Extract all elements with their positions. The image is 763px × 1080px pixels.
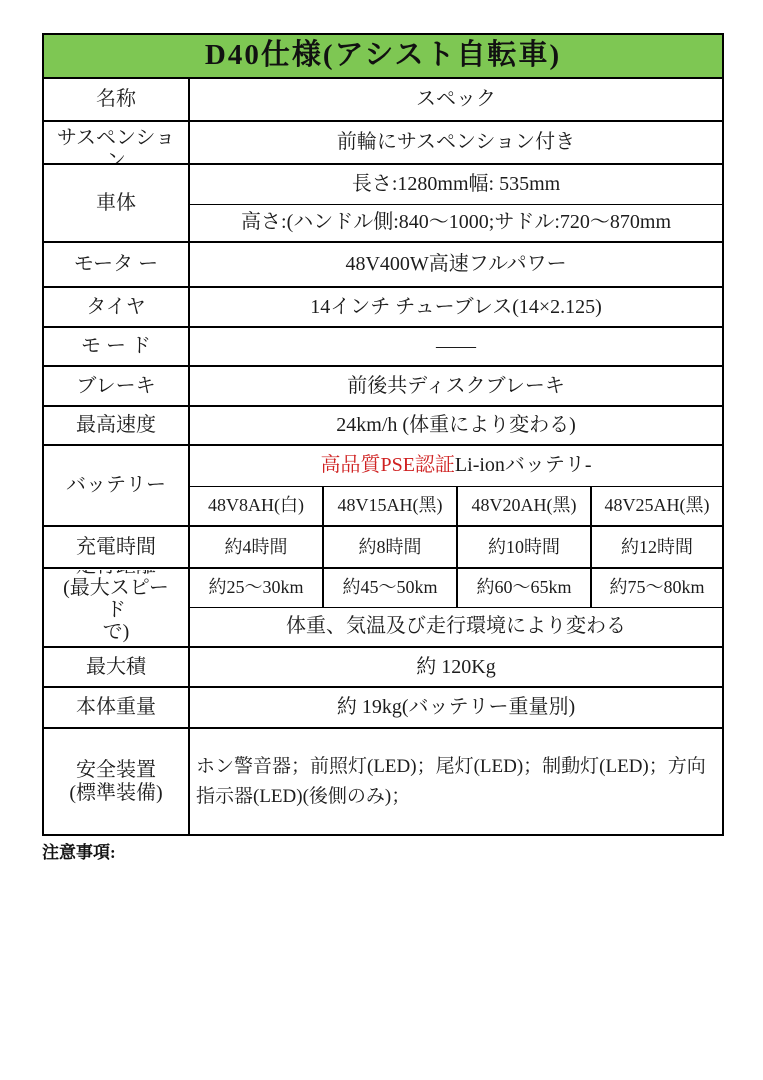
row-max-load: 最大積 約 120Kg [43, 647, 723, 687]
row-mode-value: —— [189, 327, 723, 366]
row-range-values: 走行距離 (最大スピー ド で) 約25～30km 約45～50km 約60～6… [43, 568, 723, 607]
row-brake: ブレーキ 前後共ディスクブレーキ [43, 366, 723, 406]
range-note: 体重、気温及び走行環境により変わる [189, 607, 723, 647]
row-charge-time-label: 充電時間 [43, 526, 189, 568]
battery-option-1: 48V8AH(白) [189, 486, 323, 526]
row-motor-label: モータ ー [43, 242, 189, 287]
row-safety-label: 安全装置 (標準装備) [43, 728, 189, 835]
row-mode: モ ー ド —— [43, 327, 723, 366]
row-max-speed-label: 最高速度 [43, 406, 189, 445]
row-suspension-label: サスペンショ ン [43, 121, 189, 164]
header-spec: スペック [189, 78, 723, 121]
header-name: 名称 [43, 78, 189, 121]
battery-option-2: 48V15AH(黑) [323, 486, 457, 526]
row-suspension: サスペンショ ン 前輪にサスペンション付き [43, 121, 723, 164]
page-title: D40仕様(アシスト自転車) [43, 34, 723, 78]
row-max-speed: 最高速度 24km/h (体重により変わる) [43, 406, 723, 445]
range-value-3: 約60～65km [457, 568, 591, 607]
row-body-label: 車体 [43, 164, 189, 242]
row-battery-cert: バッテリー 高品質PSE認証Li-ionバッテリ- [43, 445, 723, 486]
range-value-1: 約25～30km [189, 568, 323, 607]
row-battery-cert-value: 高品質PSE認証Li-ionバッテリ- [189, 445, 723, 486]
row-tire: タイヤ 14インチ チューブレス(14×2.125) [43, 287, 723, 327]
range-value-4: 約75～80km [591, 568, 723, 607]
row-range-label: 走行距離 (最大スピー ド で) [43, 568, 189, 647]
row-brake-value: 前後共ディスクブレーキ [189, 366, 723, 406]
row-max-speed-value: 24km/h (体重により変わる) [189, 406, 723, 445]
header-row: 名称 スペック [43, 78, 723, 121]
spec-table: D40仕様(アシスト自転車) 名称 スペック サスペンショ ン 前輪にサスペンシ… [42, 33, 724, 836]
battery-option-4: 48V25AH(黑) [591, 486, 723, 526]
row-motor-value: 48V400W高速フルパワー [189, 242, 723, 287]
title-row: D40仕様(アシスト自転車) [43, 34, 723, 78]
battery-cert-red-text: 高品質PSE認証 [320, 454, 454, 476]
row-charge-time: 充電時間 約4時間 約8時間 約10時間 約12時間 [43, 526, 723, 568]
row-tire-label: タイヤ [43, 287, 189, 327]
range-value-2: 約45～50km [323, 568, 457, 607]
charge-time-4: 約12時間 [591, 526, 723, 568]
row-body-length-value: 長さ:1280mm幅: 535mm [189, 164, 723, 204]
charge-time-3: 約10時間 [457, 526, 591, 568]
row-brake-label: ブレーキ [43, 366, 189, 406]
row-suspension-value: 前輪にサスペンション付き [189, 121, 723, 164]
row-body-height-value: 高さ:(ハンドル側:840～1000;サドル:720～870mm [189, 204, 723, 242]
row-body-length: 車体 長さ:1280mm幅: 535mm [43, 164, 723, 204]
row-motor: モータ ー 48V400W高速フルパワー [43, 242, 723, 287]
spec-sheet-page: D40仕様(アシスト自転車) 名称 スペック サスペンショ ン 前輪にサスペンシ… [0, 0, 763, 1080]
row-max-load-value: 約 120Kg [189, 647, 723, 687]
charge-time-2: 約8時間 [323, 526, 457, 568]
row-battery-label: バッテリー [43, 445, 189, 526]
row-weight-value: 約 19kg(バッテリー重量別) [189, 687, 723, 728]
row-weight: 本体重量 約 19kg(バッテリー重量別) [43, 687, 723, 728]
row-tire-value: 14インチ チューブレス(14×2.125) [189, 287, 723, 327]
row-weight-label: 本体重量 [43, 687, 189, 728]
row-safety: 安全装置 (標準装備) ホン警音器；前照灯(LED)；尾灯(LED)；制動灯(L… [43, 728, 723, 835]
battery-cert-rest-text: Li-ionバッテリ- [455, 454, 592, 476]
battery-option-3: 48V20AH(黑) [457, 486, 591, 526]
charge-time-1: 約4時間 [189, 526, 323, 568]
row-max-load-label: 最大積 [43, 647, 189, 687]
row-safety-value: ホン警音器；前照灯(LED)；尾灯(LED)；制動灯(LED)；方向指示器(LE… [189, 728, 723, 835]
row-mode-label: モ ー ド [43, 327, 189, 366]
notes-heading: 注意事項: [42, 838, 116, 863]
